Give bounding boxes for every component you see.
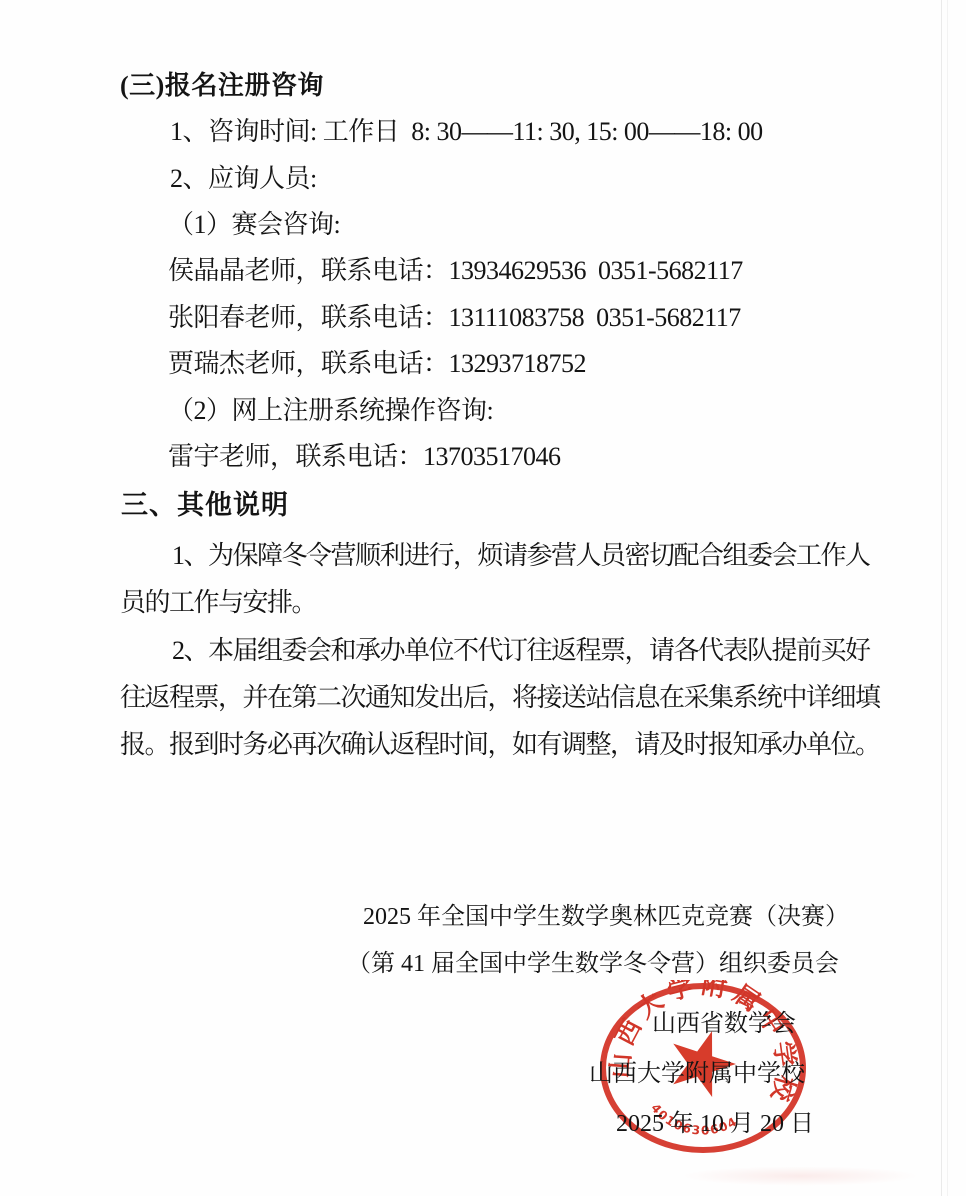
other-p2-line1: 2、本届组委会和承办单位不代订往返程票，请各代表队提前买好 (172, 635, 870, 666)
other-p1-line2: 员的工作与安排。 (120, 587, 316, 618)
stamp-ink-smudge (680, 1166, 920, 1186)
signature-date: 2025 年 10 月 20 日 (616, 1110, 814, 1139)
scan-edge-line (941, 0, 942, 1196)
sub-online-consult: （2）网上注册系统操作咨询: (168, 395, 493, 426)
other-p1-line1: 1、为保障冬令营顺利进行，烦请参营人员密切配合组委会工作人 (172, 540, 870, 571)
consult-time-line: 1、咨询时间: 工作日 8: 30——11: 30, 15: 00——18: 0… (170, 116, 763, 147)
committee-line-2: （第 41 届全国中学生数学冬令营）组织委员会 (347, 950, 839, 979)
other-section-heading: 三、其他说明 (121, 489, 289, 521)
contact-jia-line: 贾瑞杰老师，联系电话：13293718752 (168, 348, 586, 379)
consult-section-heading: (三)报名注册咨询 (120, 70, 324, 101)
org-affiliated-school: 山西大学附属中学校 (589, 1060, 805, 1089)
contact-lei-line: 雷宇老师，联系电话：13703517046 (168, 441, 561, 472)
contact-zhang-line: 张阳春老师，联系电话：13111083758 0351-5682117 (168, 302, 741, 333)
sub-competition-consult: （1）赛会咨询: (168, 209, 340, 240)
consult-staff-line: 2、应询人员: (170, 163, 317, 194)
contact-hou-line: 侯晶晶老师，联系电话：13934629536 0351-5682117 (168, 255, 743, 286)
document-page: (三)报名注册咨询 1、咨询时间: 工作日 8: 30——11: 30, 15:… (0, 0, 966, 1196)
other-p2-line3: 报。报到时务必再次确认返程时间，如有调整，请及时报知承办单位。 (120, 729, 880, 760)
committee-line-1: 2025 年全国中学生数学奥林匹克竞赛（决赛） (363, 903, 849, 932)
org-shanxi-math-society: 山西省数学会 (652, 1010, 796, 1039)
other-p2-line2: 往返程票，并在第二次通知发出后，将接送站信息在采集系统中详细填 (120, 682, 880, 713)
scan-edge-line-light (947, 0, 948, 1196)
